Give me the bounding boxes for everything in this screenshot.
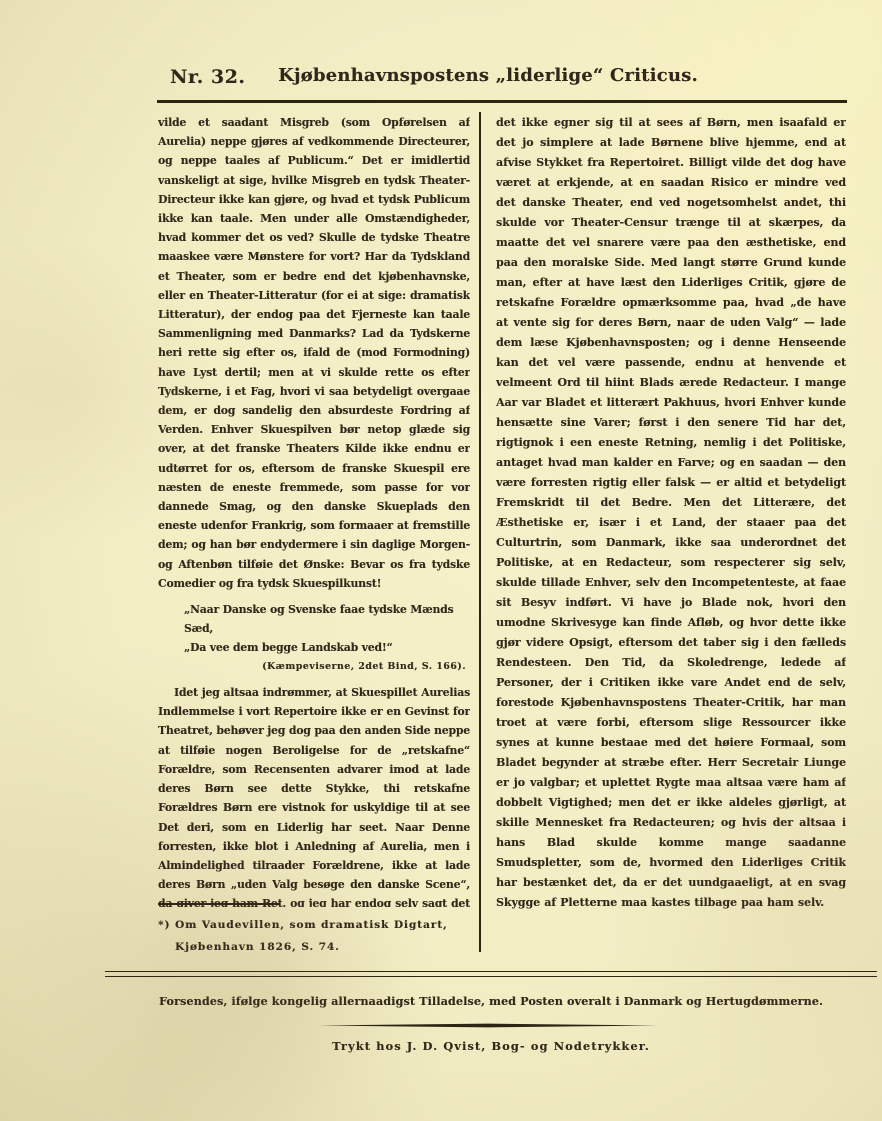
distribution-notice: Forsendes, ifølge kongelig allernaadigst…	[120, 994, 862, 1008]
newspaper-page: Nr. 32. Kjøbenhavnspostens „liderlige“ C…	[0, 0, 882, 1121]
footnote-text: *) Om Vaudevillen, som dramatisk Digtart…	[158, 914, 480, 958]
left-paragraph-continuation: vilde et saadant Misgreb (som Opførelsen…	[158, 113, 470, 593]
footnote-separator-rule	[158, 903, 280, 905]
right-column: det ikke egner sig til at sees af Børn, …	[496, 113, 846, 925]
left-paragraph-2: Idet jeg altsaa indrømmer, at Skuespille…	[158, 683, 470, 907]
left-column: vilde et saadant Misgreb (som Opførelsen…	[158, 113, 470, 907]
footer-swelled-rule	[318, 1023, 658, 1028]
column-divider-rule	[479, 112, 481, 952]
verse-citation: (Kæmpeviserne, 2det Bind, S. 166).	[158, 660, 466, 674]
footer-double-rule	[105, 971, 877, 977]
page-title: Kjøbenhavnspostens „liderlige“ Criticus.	[158, 65, 818, 86]
verse-line-1: „Naar Danske og Svenske faae tydske Mænd…	[184, 600, 470, 638]
right-paragraph-continuation: det ikke egner sig til at sees af Børn, …	[496, 113, 846, 913]
verse-quote: „Naar Danske og Svenske faae tydske Mænd…	[184, 600, 470, 657]
printer-imprint: Trykt hos J. D. Qvist, Bog- og Nodetrykk…	[120, 1039, 862, 1053]
footnote-block: *) Om Vaudevillen, som dramatisk Digtart…	[158, 903, 480, 958]
header-rule	[157, 100, 847, 103]
verse-line-2: „Da vee dem begge Landskab ved!“	[184, 638, 470, 657]
